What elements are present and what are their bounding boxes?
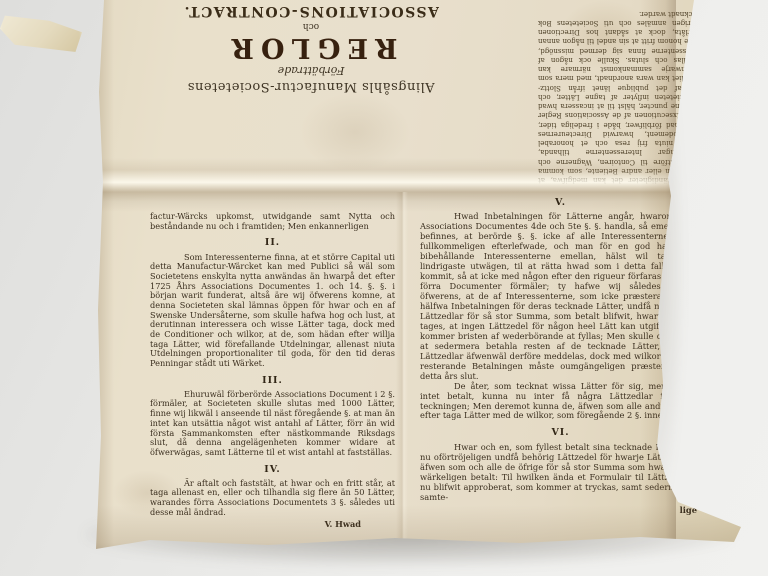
main-title: REGLOR: [118, 32, 504, 63]
photo-stage: Alingsåhls Manufactur-Societetens Förbät…: [0, 0, 768, 576]
section-heading-iv: IV.: [150, 464, 395, 475]
section-iii-text: Ehuruwäl förberörde Associations Documen…: [150, 390, 395, 458]
section-heading-ii: II.: [150, 237, 395, 248]
left-edge-shading: [96, 0, 114, 560]
contract-title: ASSOCIATIONS-CONTRACT.: [118, 3, 504, 19]
left-text-column: factur-Wärcks upkomst, utwidgande samt N…: [150, 212, 395, 530]
document-sheet: Alingsåhls Manufactur-Societetens Förbät…: [0, 0, 768, 576]
title-conjunction: och: [118, 21, 504, 31]
section-heading-iii: III.: [150, 375, 395, 386]
section-ii-text: Som Interessenterne finna, at et större …: [150, 253, 395, 369]
title-page-rotated: Alingsåhls Manufactur-Societetens Förbät…: [118, 0, 504, 94]
improved-subtitle: Förbättrade: [118, 64, 504, 77]
intro-fragment: factur-Wärcks upkomst, utwidgande samt N…: [150, 212, 395, 231]
curled-corner: [0, 0, 82, 52]
society-name: Alingsåhls Manufactur-Societetens: [118, 79, 504, 94]
vertical-fold-crease: [396, 192, 408, 548]
